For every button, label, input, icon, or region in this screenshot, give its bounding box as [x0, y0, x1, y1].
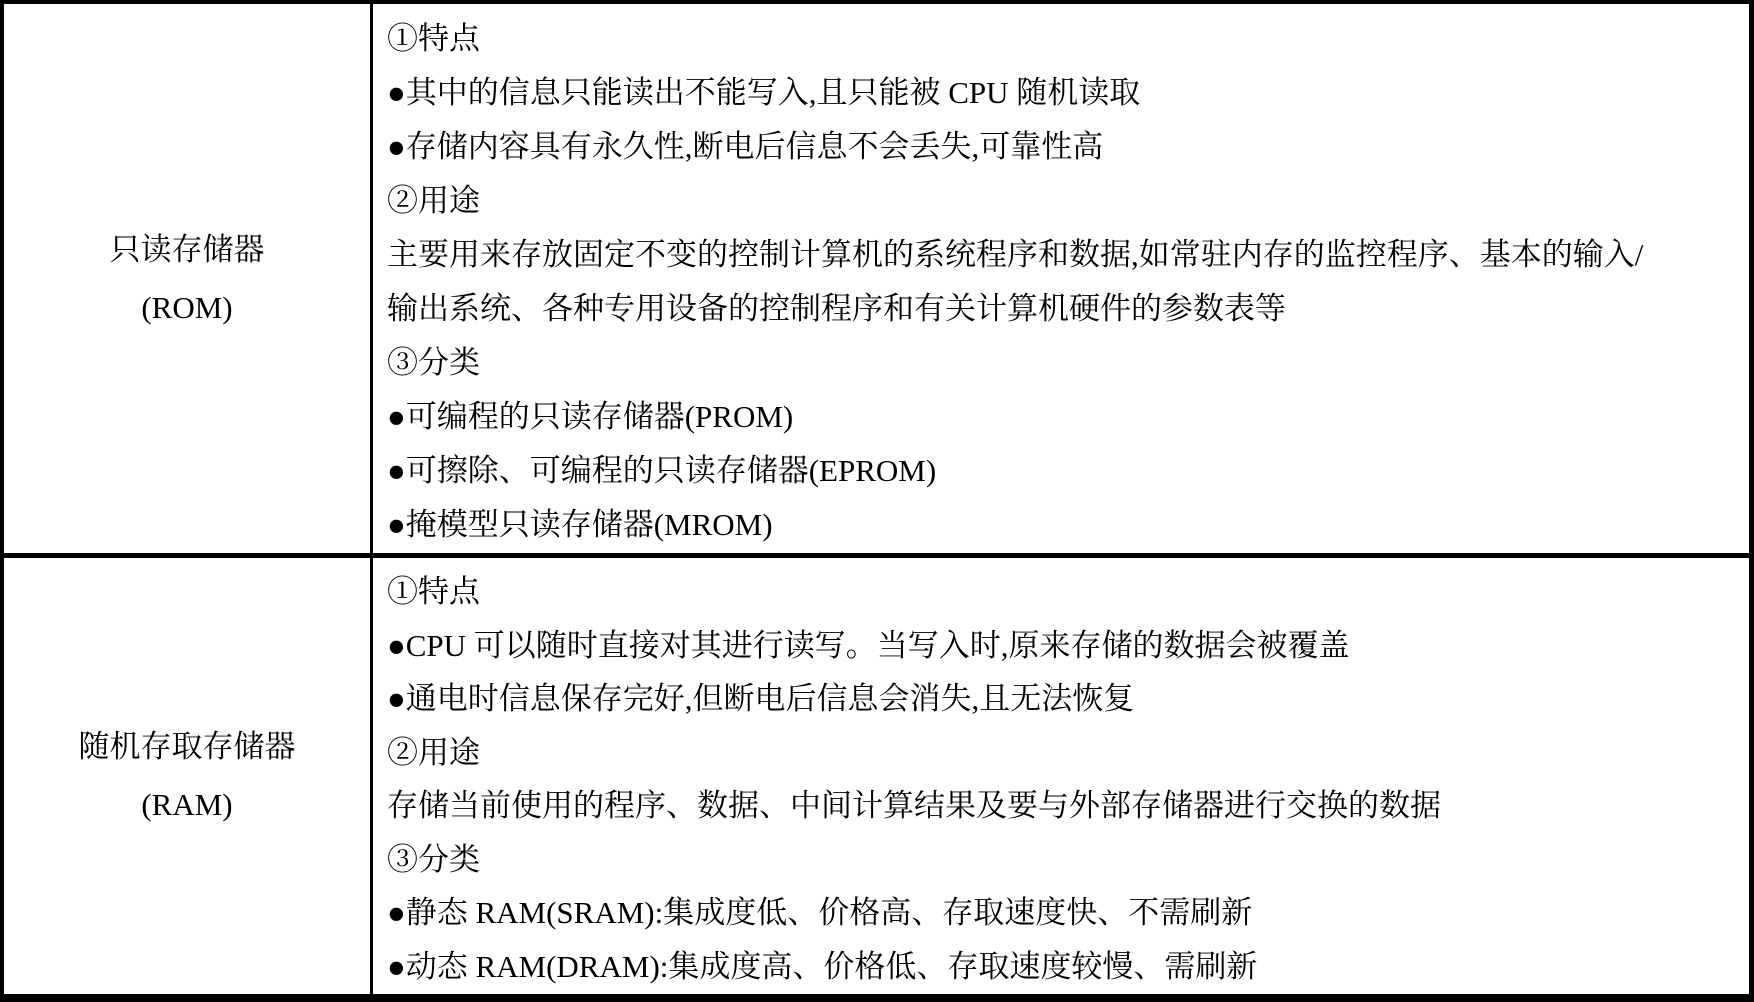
rom-class-mrom: ●掩模型只读存储器(MROM)	[387, 499, 1741, 544]
rom-uses-text-line2: 输出系统、各种专用设备的控制程序和有关计算机硬件的参数表等	[387, 283, 1741, 328]
ram-class-sram: ●静态 RAM(SRAM):集成度低、价格高、存取速度快、不需刷新	[387, 887, 1741, 932]
ram-content-cell: ①特点 ●CPU 可以随时直接对其进行读写。当写入时,原来存储的数据会被覆盖 ●…	[373, 558, 1749, 994]
rom-class-prom: ●可编程的只读存储器(PROM)	[387, 391, 1741, 436]
ram-label-cell: 随机存取存储器 (RAM)	[4, 558, 373, 994]
ram-uses-text: 存储当前使用的程序、数据、中间计算结果及要与外部存储器进行交换的数据	[387, 780, 1741, 825]
rom-heading-classification: ③分类	[387, 337, 1741, 382]
rom-name-label: 只读存储器	[110, 221, 265, 279]
ram-heading-uses: ②用途	[387, 727, 1741, 772]
rom-uses-text-line1: 主要用来存放固定不变的控制计算机的系统程序和数据,如常驻内存的监控程序、基本的输…	[387, 229, 1741, 274]
rom-feature-permanence: ●存储内容具有永久性,断电后信息不会丢失,可靠性高	[387, 121, 1741, 166]
rom-abbreviation-label: (ROM)	[141, 279, 232, 337]
rom-feature-read-only: ●其中的信息只能读出不能写入,且只能被 CPU 随机读取	[387, 67, 1741, 112]
ram-feature-read-write: ●CPU 可以随时直接对其进行读写。当写入时,原来存储的数据会被覆盖	[387, 620, 1741, 665]
rom-class-eprom: ●可擦除、可编程的只读存储器(EPROM)	[387, 445, 1741, 490]
rom-heading-features: ①特点	[387, 13, 1741, 58]
ram-feature-volatile: ●通电时信息保存完好,但断电后信息会消失,且无法恢复	[387, 673, 1741, 718]
ram-heading-classification: ③分类	[387, 834, 1741, 879]
rom-content-cell: ①特点 ●其中的信息只能读出不能写入,且只能被 CPU 随机读取 ●存储内容具有…	[373, 4, 1749, 553]
memory-types-table: 只读存储器 (ROM) ①特点 ●其中的信息只能读出不能写入,且只能被 CPU …	[0, 0, 1754, 1002]
ram-name-label: 随机存取存储器	[79, 718, 296, 776]
table-row-rom: 只读存储器 (ROM) ①特点 ●其中的信息只能读出不能写入,且只能被 CPU …	[4, 4, 1749, 558]
ram-abbreviation-label: (RAM)	[141, 776, 232, 834]
ram-class-dram: ●动态 RAM(DRAM):集成度高、价格低、存取速度较慢、需刷新	[387, 941, 1741, 986]
rom-heading-uses: ②用途	[387, 175, 1741, 220]
table-row-ram: 随机存取存储器 (RAM) ①特点 ●CPU 可以随时直接对其进行读写。当写入时…	[4, 558, 1749, 994]
ram-heading-features: ①特点	[387, 566, 1741, 611]
rom-label-cell: 只读存储器 (ROM)	[4, 4, 373, 553]
